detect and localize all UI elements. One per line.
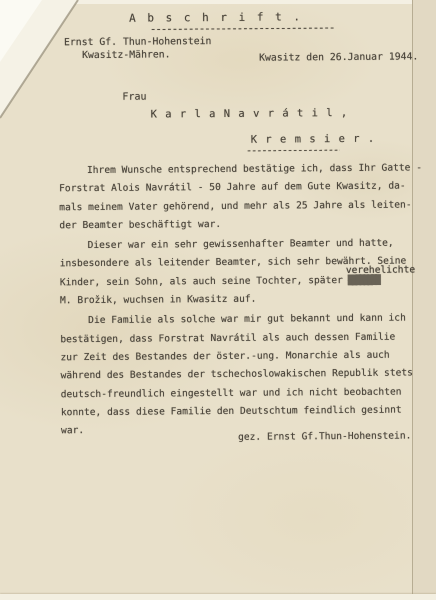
body-line: mals meinem Vater gehörend, und mehr als… — [59, 196, 415, 217]
dateline: Kwasitz den 26.Januar 1944. — [259, 51, 418, 63]
letter-body: Ihrem Wunsche entsprechend bestätige ich… — [59, 159, 417, 440]
sender-name: Ernst Gf. Thun-Hohenstein — [64, 36, 212, 50]
scanned-letter-page: A b s c h r i f t . --------------------… — [0, 0, 436, 600]
body-line-with-correction: Kinder, sein Sohn, als auch seine Tochte… — [60, 271, 416, 292]
sender-place: Kwasitz-Mähren. — [64, 49, 212, 63]
struck-out-word: ████████ — [348, 272, 380, 291]
signature-line: gez. Ernst Gf.Thun-Hohenstein. — [238, 430, 411, 442]
recipient-name: K a r l a N a v r á t i l , — [150, 107, 348, 121]
body-line: konnte, dass diese Familie den Deutschtu… — [61, 401, 417, 422]
title-underline: ---------------------------------------- — [150, 21, 334, 34]
body-line: der Beamter beschäftigt war. — [59, 214, 415, 235]
body-line: Die Familie als solche war mir gut bekan… — [60, 310, 416, 331]
recipient-salutation: Frau — [122, 92, 146, 103]
body-line: M. Brožik, wuchsen in Kwasitz auf. — [60, 290, 416, 311]
body-line-prefix: Kinder, sein Sohn, als auch seine Tochte… — [60, 275, 343, 288]
body-line: Forstrat Alois Navrátil - 50 Jahre auf d… — [59, 178, 415, 199]
letter-content: A b s c h r i f t . --------------------… — [0, 0, 436, 600]
handtyped-correction: verehelichte████████ — [348, 272, 380, 291]
recipient-city-underline: ------------------------------ — [246, 144, 340, 157]
body-line: während des Bestandes der tschechoslowak… — [61, 365, 417, 386]
sender-block: Ernst Gf. Thun-Hohenstein Kwasitz-Mähren… — [64, 36, 212, 62]
